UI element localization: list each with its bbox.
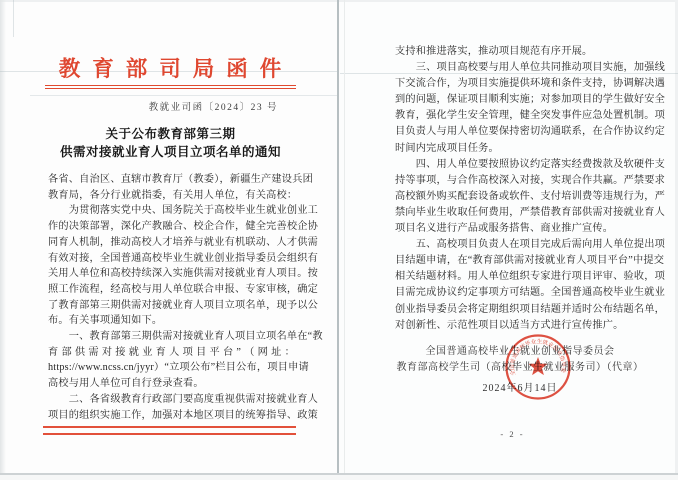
body-line: 目负责人与用人单位要保持密切沟通联系，在合作协议约定 [395, 124, 645, 140]
body-line: 五、高校项目负责人在项目完成后需向用人单位提出项 [395, 237, 645, 253]
body-line: 高校额外购买配套设备或软件、支付培训费等违规行为，严 [395, 189, 645, 205]
body-line: 支持和推进落实，推动项目规范有序开展。 [395, 44, 645, 60]
body-line: 了教育部第三期供需对接就业育人项目立项名单，现予以公 [48, 298, 295, 314]
body-line: 三、项目高校要与用人单位共同推动项目实施，加强线 [395, 60, 645, 76]
body-line: 目结题申请，在“教育部供需对接就业育人项目平台”中提交 [395, 253, 645, 269]
scan-bottom-strip [0, 475, 678, 480]
body-line: 四、用人单位要按照协议约定落实经费拨款及软硬件支 [395, 157, 645, 173]
page-divider-line [337, 0, 339, 474]
body-line: 相关结题材料。用人单位组织专家进行项目评审、验收，项 [395, 269, 645, 285]
body-line: 到的问题，保证项目顺利实施；对参加项目的学生做好安全 [395, 92, 645, 108]
body-line: 二、各省级教育行政部门要高度重视供需对接就业育人 [48, 392, 295, 408]
scanned-document: { "document": { "colors": { "accent_red"… [0, 0, 678, 480]
document-title-line2: 供需对接就业育人项目立项名单的通知 [30, 142, 311, 160]
body-line: 项目名义进行产品或服务搭售、商业推广宣传。 [395, 221, 645, 237]
body-line: 项目的组织实施工作，加强对本地区项目的统筹指导、政策 [48, 408, 295, 424]
body-line: 高校与用人单位可自行登录查看。 [48, 376, 295, 392]
body-line: 作的决策部署，深化产教融合、校企合作，健全完善校企协 [48, 219, 295, 235]
body-line: 为贯彻落实党中央、国务院关于高校毕业生就业创业工 [48, 203, 295, 219]
body-line: 一、教育部第三期供需对接就业育人项目立项名单在“教 [48, 329, 295, 345]
page-divider-soft-line [344, 0, 345, 474]
letterhead-double-rule [45, 85, 296, 89]
official-seal: 全国普通高校毕业生就业创业指导委员会 [503, 332, 573, 402]
body-line: 各省、自治区、直辖市教育厅（教委），新疆生产建设兵团 [48, 172, 295, 188]
body-line: 目需完成协议约定事项方可结题。全国普通高校毕业生就业 [395, 285, 645, 301]
body-line: 持等事项，与合作高校深入对接，实现合作共赢。严禁要求 [395, 173, 645, 189]
seal-star-icon [528, 357, 547, 375]
scan-streak-left-page-2 [30, 95, 337, 96]
body-line: 育部供需对接就业育人项目平台”（网址： [48, 345, 295, 361]
body-line: 禁向毕业生收取任何费用，严禁借教育部供需对接就业育人 [395, 205, 645, 221]
footer-double-rule [43, 426, 296, 435]
page-number: - 2 - [347, 429, 678, 439]
body-line: 下交流合作，为项目实施提供环境和条件支持，协调解决遇 [395, 76, 645, 92]
scan-edge-top [0, 0, 678, 2]
page-two-body-text: 支持和推进落实，推动项目规范有序开展。 三、项目高校要与用人单位共同推动项目实施… [395, 44, 645, 334]
body-line: 创业指导委员会将定期组织项目结题并适时公布结题名单， [395, 302, 645, 318]
body-line: https://www.ncss.cn/jyyr）“立项公布”栏目公布，项目申请 [48, 360, 295, 376]
document-number: 教就业司函〔2024〕23 号 [45, 99, 278, 113]
page-one-body-text: 各省、自治区、直辖市教育厅（教委），新疆生产建设兵团教育局，各分行业就指委，有关… [48, 172, 295, 423]
body-line: 同育人机制，推动高校人才培养与就业有机联动、人才供需 [48, 235, 295, 251]
document-title-line1: 关于公布教育部第三期 [30, 124, 311, 142]
body-line: 照工作流程，经高校与用人单位联合申报、专家审核，确定 [48, 282, 295, 298]
scan-streak-vertical [13, 0, 14, 37]
body-line: 时间内完成项目任务。 [395, 141, 645, 157]
body-line: 教育，强化学生安全管理，健全突发事件应急处置机制。项 [395, 108, 645, 124]
body-line: 教育局，各分行业就指委，有关用人单位，有关高校： [48, 188, 295, 204]
body-line: 布。有关事项通知如下。 [48, 313, 295, 329]
body-line: 有效对接，全国普通高校毕业生就业创业指导委员会组织有 [48, 251, 295, 267]
body-line: 关用人单位和高校持续深入实施供需对接就业育人项目。按 [48, 266, 295, 282]
letterhead-title: 教育部司局函件 [40, 52, 300, 83]
